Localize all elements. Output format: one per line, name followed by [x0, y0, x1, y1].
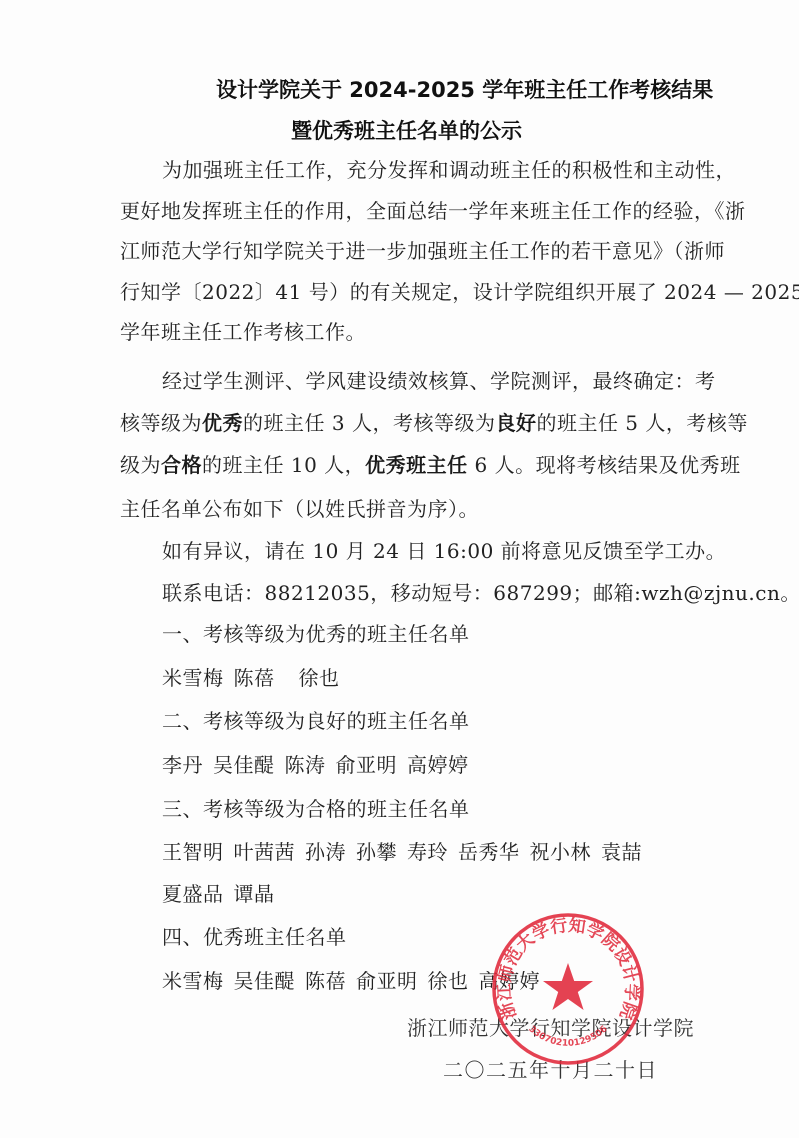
- name-list-pass-continued: 夏盛品谭晶: [162, 881, 683, 907]
- teacher-name: 陈蓓: [305, 969, 346, 993]
- grade-pass-emphasis: 合格: [161, 453, 202, 477]
- teacher-name: 米雪梅: [162, 969, 224, 993]
- teacher-name: 袁喆: [601, 840, 642, 864]
- feedback-deadline: 如有异议，请在 10 月 24 日 16:00 前将意见反馈至学工办。: [162, 538, 683, 564]
- teacher-name: 吴佳醍: [234, 969, 296, 993]
- text-segment: 核等级为: [120, 411, 202, 435]
- teacher-name: 俞亚明: [356, 969, 418, 993]
- teacher-name: 夏盛品: [162, 882, 224, 906]
- paragraph-line: 为加强班主任工作，充分发挥和调动班主任的积极性和主动性，: [162, 157, 683, 183]
- text-segment: 的班主任 10 人，: [202, 453, 365, 477]
- signature-date: 二〇二五年十月二十日: [443, 1054, 658, 1083]
- paragraph-line: 更好地发挥班主任的作用，全面总结一学年来班主任工作的经验，《浙: [120, 198, 683, 224]
- paragraph-line: 主任名单公布如下（以姓氏拼音为序）。: [120, 496, 683, 522]
- section-heading-pass: 三、考核等级为合格的班主任名单: [162, 796, 683, 822]
- name-list-good: 李丹吴佳醍陈涛俞亚明高婷婷: [162, 752, 683, 778]
- teacher-name: 岳秀华: [458, 840, 520, 864]
- paragraph-line: 核等级为优秀的班主任 3 人，考核等级为良好的班主任 5 人，考核等: [120, 410, 683, 436]
- teacher-name: 孙涛: [305, 840, 346, 864]
- teacher-name: 米雪梅: [162, 666, 224, 690]
- document-title-line-2: 暨优秀班主任名单的公示: [291, 115, 522, 145]
- name-list-excellent: 米雪梅陈蓓徐也: [162, 665, 683, 691]
- teacher-name: 陈蓓: [234, 666, 275, 690]
- paragraph-line: 行知学〔2022〕41 号）的有关规定，设计学院组织开展了 2024 — 202…: [120, 279, 683, 305]
- teacher-name: 吴佳醍: [213, 753, 275, 777]
- contact-info: 联系电话：88212035，移动短号：687299；邮箱:wzh@zjnu.cn…: [162, 580, 683, 606]
- name-list-pass: 王智明叶茜茜孙涛孙攀寿玲岳秀华祝小林袁喆: [162, 839, 683, 865]
- text-segment: 的班主任 5 人，考核等: [536, 411, 747, 435]
- section-heading-outstanding: 四、优秀班主任名单: [162, 924, 683, 950]
- teacher-name: 谭晶: [234, 882, 275, 906]
- teacher-name: 俞亚明: [336, 753, 398, 777]
- text-segment: 6 人。现将考核结果及优秀班: [468, 453, 741, 477]
- section-heading-good: 二、考核等级为良好的班主任名单: [162, 708, 683, 734]
- teacher-name: 陈涛: [285, 753, 326, 777]
- teacher-name: 孙攀: [356, 840, 397, 864]
- document-page: 设计学院关于 2024-2025 学年班主任工作考核结果 暨优秀班主任名单的公示…: [0, 0, 799, 1138]
- teacher-name: 祝小林: [530, 840, 592, 864]
- paragraph-line: 江师范大学行知学院关于进一步加强班主任工作的若干意见》（浙师: [120, 238, 683, 264]
- text-segment: 的班主任 3 人，考核等级为: [243, 411, 495, 435]
- teacher-name: 徐也: [428, 969, 469, 993]
- grade-excellent-emphasis: 优秀: [202, 411, 243, 435]
- teacher-name: 王智明: [162, 840, 224, 864]
- section-heading-excellent: 一、考核等级为优秀的班主任名单: [162, 621, 683, 647]
- teacher-name: 寿玲: [407, 840, 448, 864]
- paragraph-line: 经过学生测评、学风建设绩效核算、学院测评，最终确定：考: [162, 368, 683, 394]
- teacher-name: 徐也: [299, 666, 340, 690]
- teacher-name: 高婷婷: [479, 969, 541, 993]
- teacher-name: 叶茜茜: [234, 840, 296, 864]
- document-title-line-1: 设计学院关于 2024-2025 学年班主任工作考核结果: [216, 74, 713, 104]
- text-segment: 级为: [120, 453, 161, 477]
- teacher-name: 李丹: [162, 753, 203, 777]
- grade-good-emphasis: 良好: [495, 411, 536, 435]
- name-list-outstanding: 米雪梅吴佳醍陈蓓俞亚明徐也高婷婷: [162, 968, 683, 994]
- paragraph-line: 学年班主任工作考核工作。: [120, 319, 683, 345]
- outstanding-teacher-emphasis: 优秀班主任: [365, 453, 468, 477]
- signature-organization: 浙江师范大学行知学院设计学院: [407, 1012, 694, 1041]
- paragraph-line: 级为合格的班主任 10 人，优秀班主任 6 人。现将考核结果及优秀班: [120, 452, 683, 478]
- teacher-name: 高婷婷: [407, 753, 469, 777]
